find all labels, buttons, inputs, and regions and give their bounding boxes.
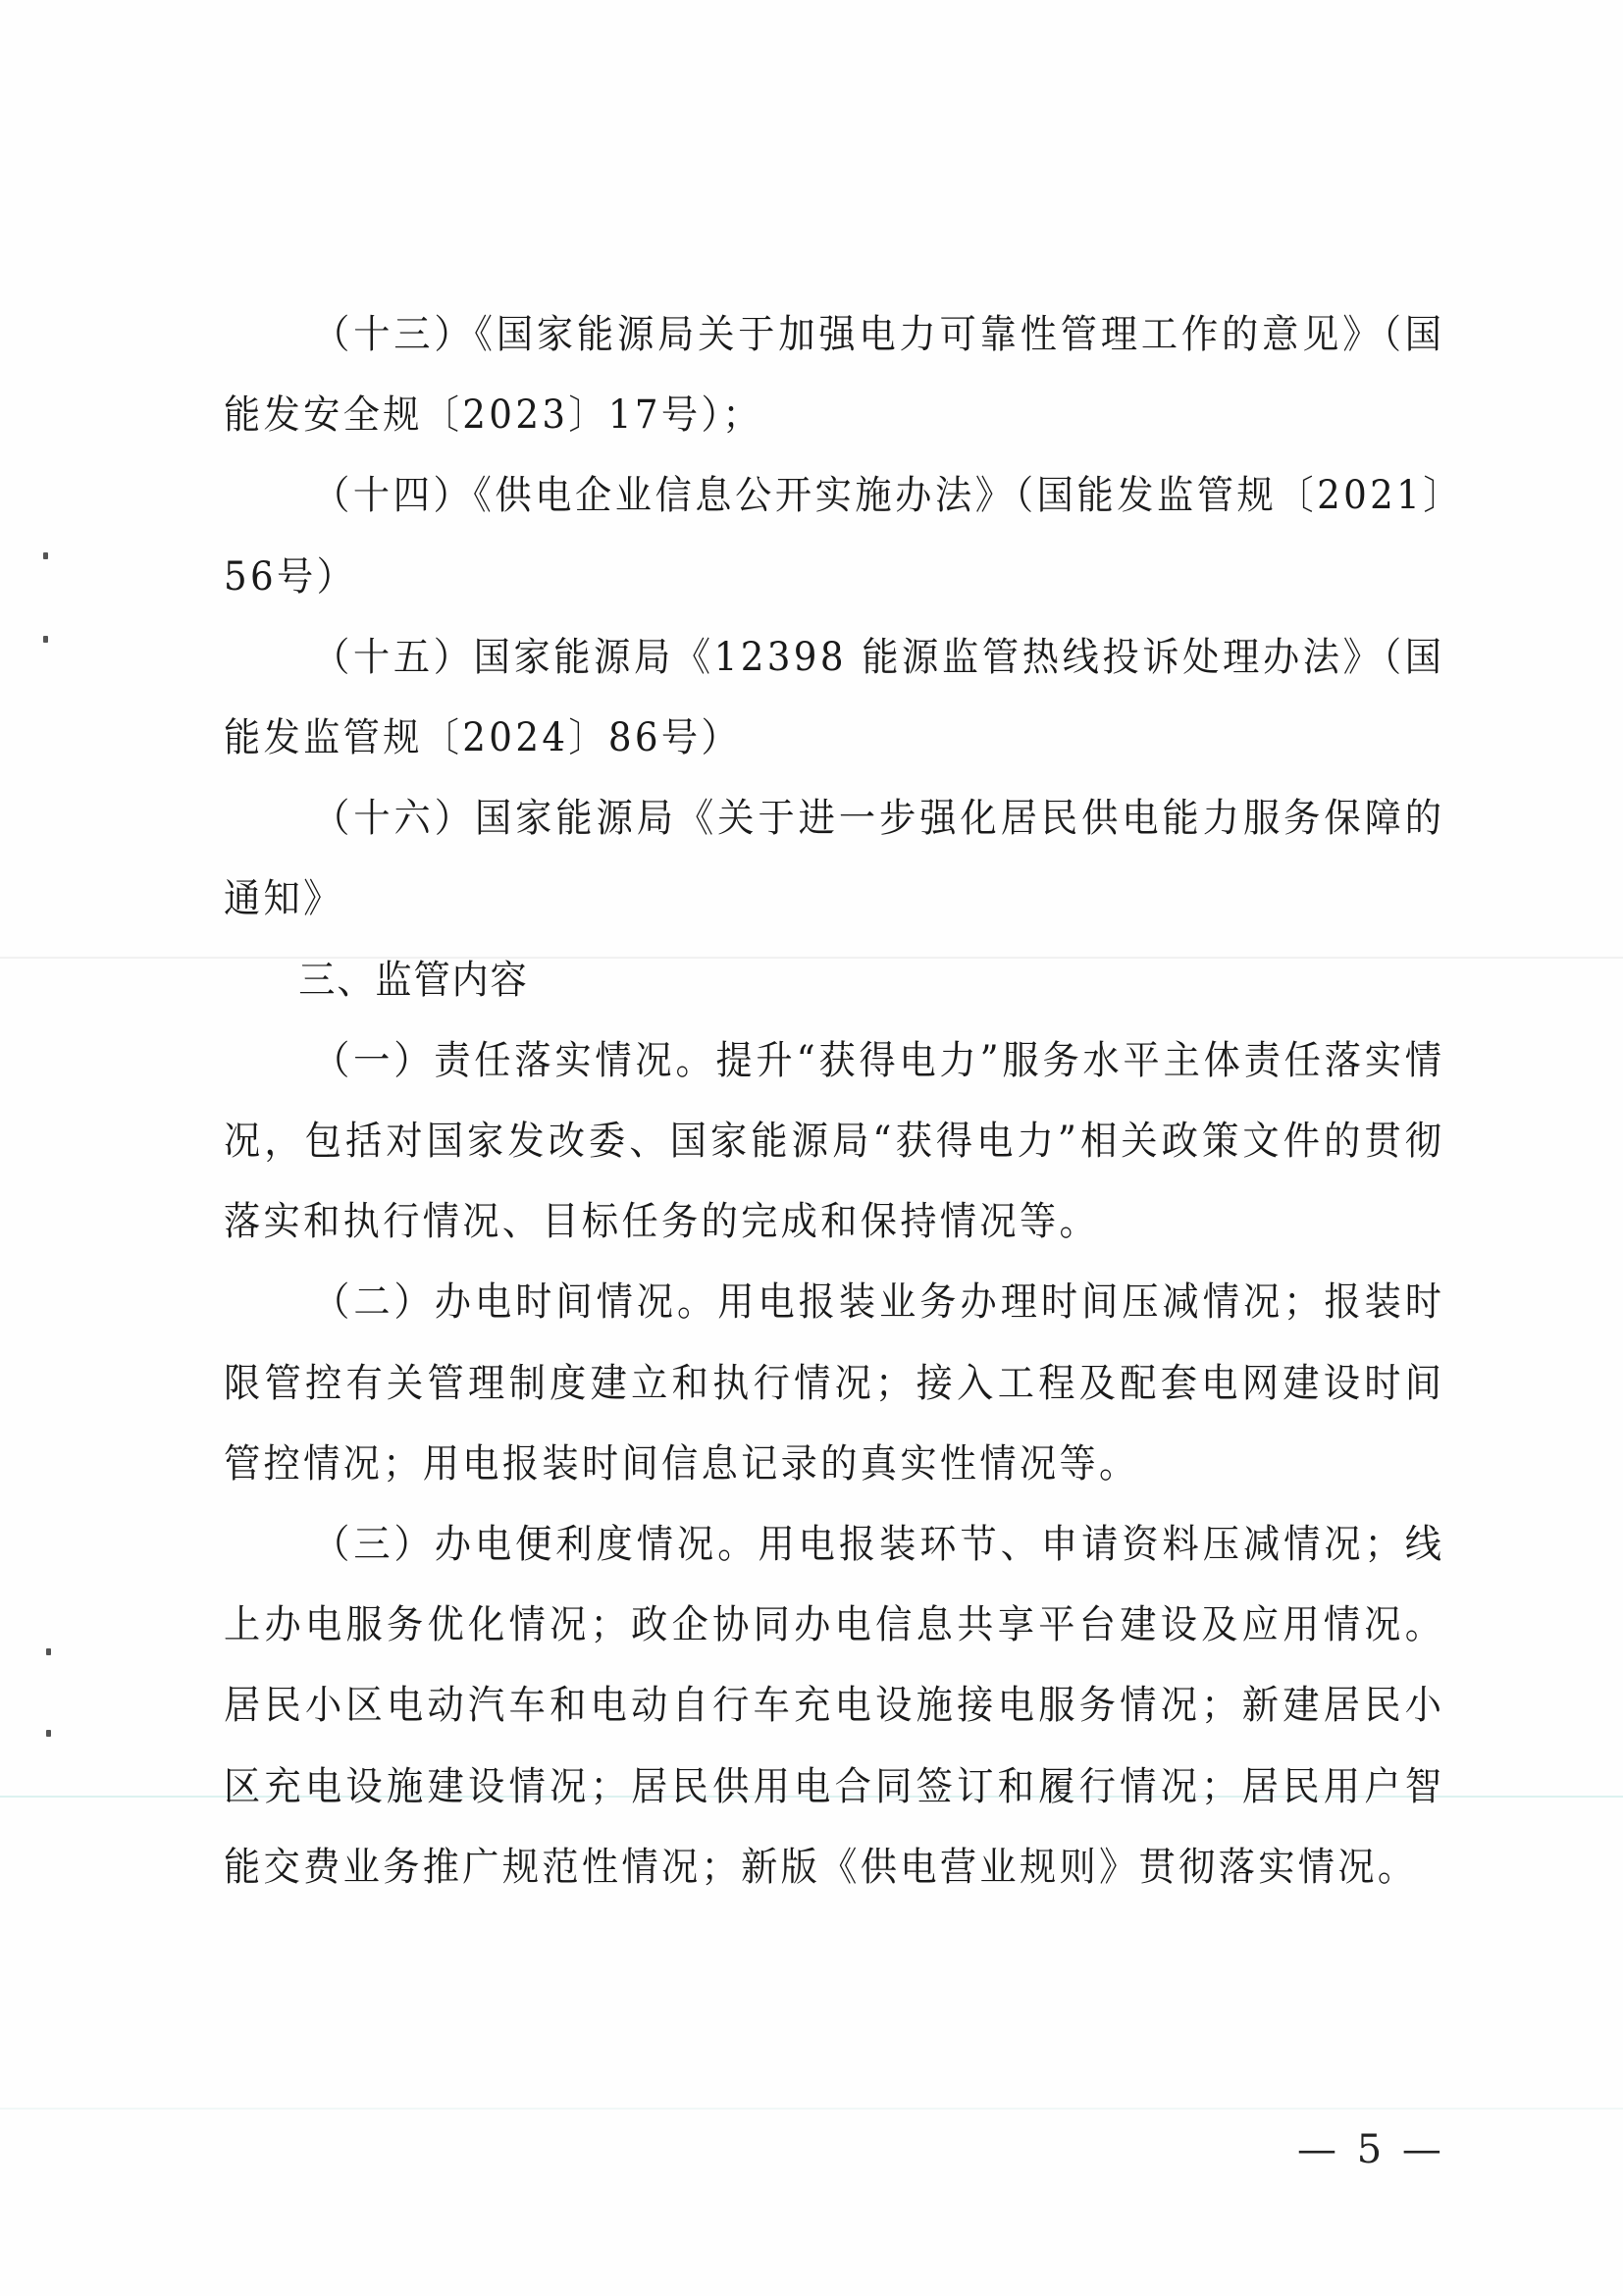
- reference-item-15: （十五）国家能源局《12398 能源监管热线投诉处理办法》（国能发监管规〔202…: [224, 617, 1444, 778]
- scan-artifact-line: [0, 2108, 1623, 2110]
- document-body: （十三）《国家能源局关于加强电力可靠性管理工作的意见》（国能发安全规〔2023〕…: [224, 294, 1444, 1907]
- reference-item-14: （十四）《供电企业信息公开实施办法》（国能发监管规〔2021〕56号）: [224, 455, 1444, 616]
- margin-mark: [46, 1648, 51, 1655]
- margin-mark: [43, 552, 48, 559]
- margin-mark: [43, 636, 48, 643]
- content-item-1: （一）责任落实情况。提升“获得电力”服务水平主体责任落实情况，包括对国家发改委、…: [224, 1020, 1444, 1263]
- margin-mark: [46, 1730, 51, 1737]
- content-item-2: （二）办电时间情况。用电报装业务办理时间压减情况；报装时限管控有关管理制度建立和…: [224, 1262, 1444, 1504]
- content-item-3: （三）办电便利度情况。用电报装环节、申请资料压减情况；线上办电服务优化情况；政企…: [224, 1504, 1444, 1907]
- page-number: — 5 —: [1297, 2127, 1445, 2172]
- document-page: （十三）《国家能源局关于加强电力可靠性管理工作的意见》（国能发安全规〔2023〕…: [0, 0, 1623, 2296]
- reference-item-13: （十三）《国家能源局关于加强电力可靠性管理工作的意见》（国能发安全规〔2023〕…: [224, 294, 1444, 455]
- section-heading: 三、监管内容: [224, 940, 1359, 1020]
- reference-item-16: （十六）国家能源局《关于进一步强化居民供电能力服务保障的通知》: [224, 778, 1444, 939]
